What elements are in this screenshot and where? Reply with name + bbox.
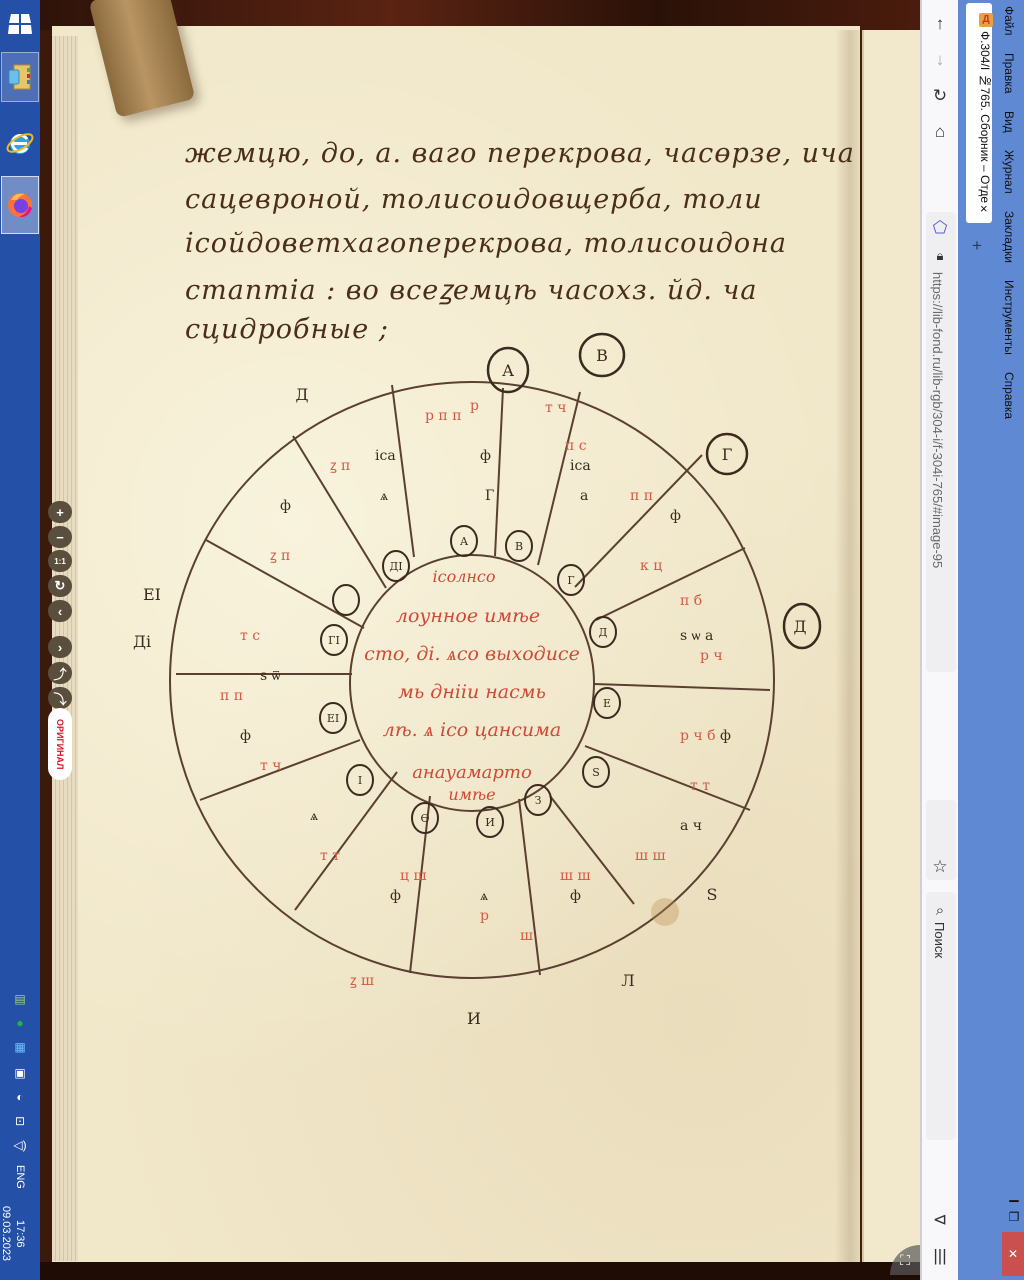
zoom-out-button[interactable]: − [48,526,72,548]
previous-page-button[interactable]: ‹ [48,600,72,622]
home-icon: ⌂ [935,122,945,142]
svg-text:р: р [480,908,489,924]
taskbar-firefox[interactable] [1,176,39,234]
svg-text:Г: Г [567,574,574,587]
close-icon: ✕ [1008,1247,1018,1261]
center-text: анауамарто [412,762,532,783]
svg-text:ф: ф [670,508,681,524]
svg-text:р п п: р п п [425,408,462,424]
svg-text:т с: т с [240,628,260,644]
svg-text:ѕ ѿ: ѕ ѿ [260,668,281,684]
outer-label: Л [621,971,634,990]
menu-file[interactable]: Файл [1002,6,1016,36]
original-image-button[interactable]: ОРИГИНАЛ [48,708,72,780]
svg-text:І: І [358,774,362,787]
outer-label: Г [722,445,733,464]
library-button[interactable]: ||| [922,1244,958,1268]
menu-bookmarks[interactable]: Закладки [1002,211,1016,263]
svg-text:к ц: к ц [640,558,662,574]
center-text: имѣе [448,785,495,804]
outer-label: ЕІ [143,585,161,604]
center-text: лѣ. ѧ ісо цансима [383,719,562,741]
library-icon: ||| [933,1246,946,1266]
center-text: мь днііи насмь [398,681,546,703]
svg-text:ф: ф [390,888,401,904]
manuscript-viewer[interactable]: жемцю, до, а. ваго перекрова, часɵрзе, и… [40,0,920,1280]
menu-history[interactable]: Журнал [1002,150,1016,194]
svg-text:Е: Е [603,697,611,710]
svg-text:И: И [485,816,495,829]
firefox-icon [5,190,35,220]
reload-icon: ↻ [933,86,947,106]
menu-edit[interactable]: Правка [1002,53,1016,94]
svg-text:ѕ ѡ а: ѕ ѡ а [680,628,713,644]
arrow-down-icon: ↓ [936,50,945,70]
center-text: лоунное имѣе [396,605,540,627]
svg-text:т т: т т [690,778,710,794]
tracking-shield-icon[interactable]: ⬠ [922,216,958,240]
svg-text:ГІ: ГІ [328,634,340,647]
windows-taskbar: ▤ ● ▦ ▣ ◐ ⊡ ◁) ENG 17:36 09.03.2023 [0,0,40,1280]
center-text: ісолнсо [432,567,495,586]
fit-page-button[interactable]: 1:1 [48,550,72,572]
svg-text:Г: Г [485,488,494,504]
svg-text:т ч: т ч [545,400,566,416]
network-icon[interactable]: ▤ [0,992,40,1006]
svg-text:п п: п п [630,488,653,504]
rotate-left-button[interactable]: ⤴ [48,662,72,684]
svg-text:ш: ш [520,928,533,944]
minimize-icon: ▁ [1009,1188,1018,1202]
svg-text:ꙁ п: ꙁ п [330,458,350,474]
outer-label: И [467,1009,481,1028]
minimize-button[interactable]: ▁ [1004,1184,1024,1206]
home-button[interactable]: ⌂ [922,120,958,144]
svg-text:А: А [460,535,469,548]
svg-text:ДІ: ДІ [389,560,402,573]
back-button[interactable]: ↑ [922,12,958,36]
menu-tools[interactable]: Инструменты [1002,280,1016,355]
svg-text:З: З [535,794,542,807]
back-circle-icon: ⊲ [933,1210,947,1230]
outer-label: А [502,361,514,380]
svg-text:Ѳ: Ѳ [420,812,429,825]
outer-label: Д [793,617,806,636]
svg-text:ш ш: ш ш [560,868,590,884]
taskbar-file-explorer[interactable] [1,52,39,102]
sidebar-toggle-button[interactable]: ⊲ [922,1208,958,1232]
site-favicon-icon: Д [979,13,993,27]
svg-text:ЕІ: ЕІ [327,712,339,725]
svg-text:ѧ: ѧ [480,888,489,904]
svg-text:Д: Д [599,626,608,639]
svg-text:п б: п б [680,593,702,609]
svg-text:т т: т т [320,848,340,864]
forward-button[interactable]: ↓ [922,48,958,72]
svg-text:ц ш: ц ш [400,868,426,884]
restore-button[interactable]: ❐ [1004,1206,1024,1228]
svg-text:р: р [470,398,479,414]
reload-button[interactable]: ↻ [922,84,958,108]
svg-text:ѧ: ѧ [380,488,389,504]
svg-text:р ч б: р ч б [680,728,716,744]
menu-view[interactable]: Вид [1002,111,1016,133]
clock-icon[interactable]: ● [0,1016,40,1030]
printer-error-icon[interactable]: ▣ [0,1066,40,1080]
taskbar-internet-explorer[interactable] [1,120,39,166]
svg-text:а ч: а ч [680,818,702,834]
svg-text:ѧ: ѧ [310,808,319,824]
browser-toolbar: ↑ ↓ ↻ ⌂ ⬠ 🔒︎ https://lib-fond.ru/lib-rgb… [920,0,958,1280]
restore-icon: ❐ [1009,1210,1020,1224]
new-tab-button[interactable]: + [972,236,982,256]
svg-text:а: а [580,488,588,504]
svg-text:ꙁ ш: ꙁ ш [350,973,374,989]
volume-icon[interactable]: ◁) [0,1138,40,1152]
svg-text:Ѕ: Ѕ [592,766,600,779]
clock-date[interactable]: 09.03.2023 [0,1206,16,1276]
language-indicator[interactable]: ENG [0,1162,40,1192]
settings-icon[interactable]: ▦ [0,1040,40,1054]
bookmark-star-button[interactable]: ☆ [922,855,958,879]
svg-text:п с: п с [565,438,587,454]
exit-fullscreen-icon: ⛶ [900,1252,910,1269]
browser-titlebar: Д Ф.304/I №765. Сборник – Отде × + Файл … [958,0,1024,1280]
svg-text:ф: ф [480,448,491,464]
svg-text:В: В [515,540,523,553]
paschal-wheel-diagram: А В Г Д ЕІ Ді И Л Ѕ Д А В Г Д Е Ѕ З И Ѳ … [40,0,920,1280]
satellite-icon[interactable]: ◐ [0,1090,40,1104]
outer-label: В [596,346,608,365]
usb-icon[interactable]: ⊡ [0,1114,40,1128]
rotate-right-button[interactable]: ⤵ [48,687,72,709]
svg-text:іса: іса [570,458,591,474]
menu-help[interactable]: Справка [1002,372,1016,419]
search-icon: ⌕ [922,898,958,922]
zoom-in-button[interactable]: + [48,501,72,523]
svg-text:т ч: т ч [260,758,281,774]
outer-label: Ді [133,632,151,651]
svg-text:р ч: р ч [700,648,723,664]
windows-start-icon [7,11,33,37]
svg-text:іса: іса [375,448,396,464]
next-page-button[interactable]: › [48,636,72,658]
svg-text:ш ш: ш ш [635,848,665,864]
close-window-button[interactable]: ✕ [1002,1232,1024,1276]
ie-icon [5,128,35,158]
tab-close-button[interactable]: × [980,201,988,216]
browser-tab-active[interactable]: Д Ф.304/I №765. Сборник – Отде × [966,3,992,223]
svg-text:ф: ф [240,728,251,744]
svg-text:п п: п п [220,688,243,704]
lock-icon[interactable]: 🔒︎ [922,244,958,268]
outer-label: Д [295,385,308,404]
star-icon: ☆ [932,857,947,877]
svg-text:ф: ф [280,498,291,514]
url-text[interactable]: https://lib-fond.ru/lib-rgb/304-i/f-304i… [930,272,945,568]
tab-title: Ф.304/I №765. Сборник – Отде [978,31,992,203]
svg-text:ф: ф [570,888,581,904]
start-button[interactable] [1,4,39,44]
menu-bar: Файл Правка Вид Журнал Закладки Инструме… [1002,6,1016,433]
center-text: сто, ді. ѧсо выходисе [364,643,580,665]
svg-text:ꙁ п: ꙁ п [270,548,290,564]
reset-view-button[interactable]: ↻ [48,575,72,597]
outer-label: Ѕ [707,885,718,904]
arrow-up-icon: ↑ [936,14,945,34]
svg-text:ф: ф [720,728,731,744]
folder-icon [6,62,34,92]
search-placeholder[interactable]: Поиск [932,922,947,958]
